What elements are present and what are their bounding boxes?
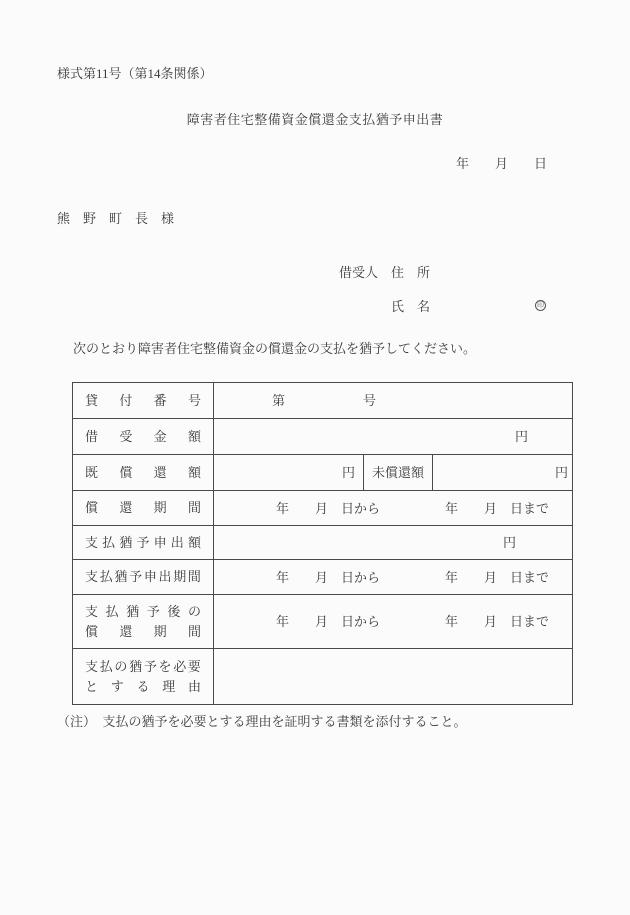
- form-number: 様式第11号（第14条関係）: [57, 67, 213, 80]
- seal-icon: 印: [535, 300, 546, 311]
- addressee: 熊 野 町 長 様: [57, 212, 174, 225]
- deferment-amount-field: 円: [214, 536, 572, 549]
- table-row: 償還期間 年 月 日から 年 月 日まで: [73, 491, 573, 526]
- table-row: 支払猶予申出期間 年 月 日から 年 月 日まで: [73, 560, 573, 595]
- table-row: 支払猶予後の 償還期間 年 月 日から 年 月 日まで: [73, 595, 573, 649]
- applicant-address-label: 借受人 住 所: [339, 266, 430, 279]
- row-label-line2: とする理由: [85, 677, 201, 697]
- table-row: 既償還額 円 未償還額 円: [73, 455, 573, 491]
- unrepaid-amount-field: 円: [433, 466, 572, 479]
- row-label: 貸付番号: [85, 391, 201, 411]
- document-page: 様式第11号（第14条関係） 障害者住宅整備資金償還金支払猶予申出書 年 月 日…: [0, 0, 630, 915]
- row-label: 支払猶予申出期間: [85, 567, 201, 587]
- row-label: 償還期間: [85, 498, 201, 518]
- date-line: 年 月 日: [456, 157, 547, 170]
- applicant-name-label: 氏 名: [391, 300, 430, 313]
- unrepaid-label: 未償還額: [364, 466, 432, 479]
- row-label-line1: 支払の猶予を必要: [85, 657, 201, 677]
- body-text: 次のとおり障害者住宅整備資金の償還金の支払を猶予してください。: [73, 342, 476, 355]
- table-row: 支払猶予申出額 円: [73, 526, 573, 560]
- row-label-line1: 支払猶予後の: [85, 602, 201, 622]
- row-label: 既償還額: [85, 463, 201, 483]
- row-label-line2: 償還期間: [85, 622, 201, 642]
- repaid-amount-field: 円: [214, 466, 363, 479]
- repayment-period-field: 年 月 日から 年 月 日まで: [214, 502, 572, 515]
- document-title: 障害者住宅整備資金償還金支払猶予申出書: [0, 113, 630, 126]
- footnote: （注） 支払の猶予を必要とする理由を証明する書類を添付すること。: [57, 715, 467, 728]
- table-row: 借受金額 円: [73, 419, 573, 455]
- borrowed-amount-field: 円: [214, 430, 572, 443]
- deferment-period-field: 年 月 日から 年 月 日まで: [214, 571, 572, 584]
- row-label: 借受金額: [85, 427, 201, 447]
- application-table: 貸付番号 第 号 借受金額 円 既償還額 円 未償還額 円 償還期間 年 月 日…: [72, 382, 573, 705]
- loan-number-field: 第 号: [214, 394, 572, 407]
- table-row: 貸付番号 第 号: [73, 383, 573, 419]
- table-row: 支払の猶予を必要 とする理由: [73, 649, 573, 705]
- row-label: 支払猶予申出額: [85, 533, 201, 553]
- post-deferment-period-field: 年 月 日から 年 月 日まで: [214, 615, 572, 628]
